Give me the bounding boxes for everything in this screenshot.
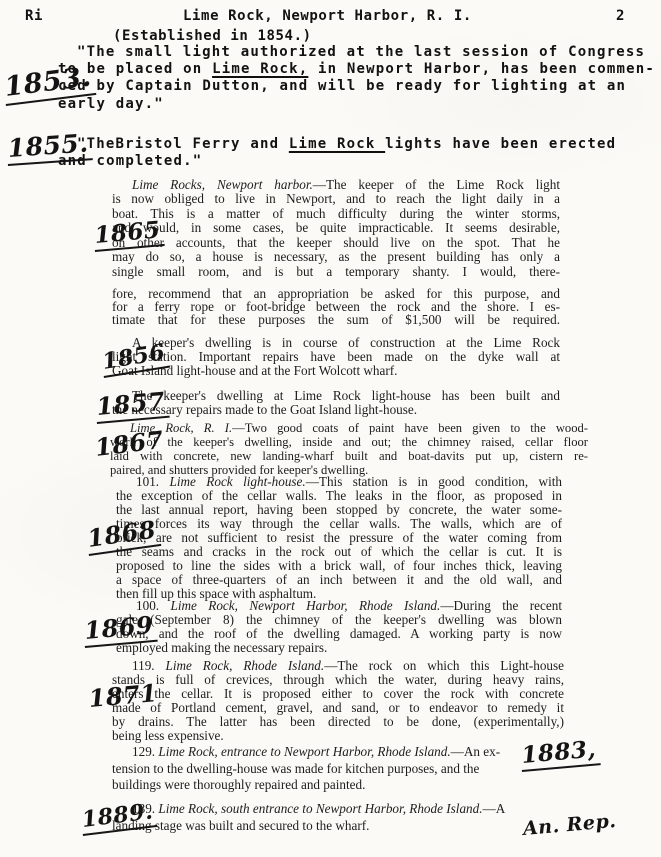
paragraph-last-line: Goat Island light-house and at the Fort … [112,364,560,378]
paragraph-body: Lime Rocks, Newport harbor.—The keeper o… [112,178,560,279]
paragraph-text: fore, recommend that an appropriation be… [112,286,560,327]
paragraph-body: fore, recommend that an appropriation be… [112,287,560,327]
document-page: Ri Lime Rock, Newport Harbor, R. I. 2 (E… [0,0,661,857]
page-number: 2 [616,8,625,25]
paragraph-lead: Lime Rock light-house. [170,474,306,489]
paragraph-last-line: landing stage was built and secured to t… [112,818,572,835]
underlined-lime-rock: Lime Rock, [212,61,308,77]
established-note: (Established in 1854.) [113,28,312,45]
paragraph-1868: 101. Lime Rock light-house.—This station… [116,475,562,601]
item-number: 129. [132,744,158,759]
paragraph-text: —This station is in good condition, with… [116,474,562,587]
paragraph-body: 119. Lime Rock, Rhode Island.—The rock o… [112,659,564,729]
paragraph-body: 100. Lime Rock, Newport Harbor, Rhode Is… [116,599,562,641]
paragraph-body: 139. Lime Rock, south entrance to Newpor… [112,801,572,818]
paragraph-last-line: buildings were thoroughly repaired and p… [112,777,560,794]
paragraph-lead: Lime Rocks, Newport harbor. [132,177,313,192]
paragraph-1883: 129. Lime Rock, entrance to Newport Harb… [112,744,560,794]
header-left-mark: Ri [25,8,43,25]
paragraph-last-line: being less expensive. [112,729,564,743]
paragraph-last-line: the necessary repairs made to the Goat I… [112,403,560,417]
paragraph-lead: Lime Rock, entrance to Newport Harbor, R… [158,744,450,759]
margin-year-1857: 1857 [94,386,169,424]
underlined-lime-rock: Lime Rock [289,136,385,152]
paragraph-1869: 100. Lime Rock, Newport Harbor, Rhode Is… [116,599,562,655]
paragraph-1865-part1: Lime Rocks, Newport harbor.—The keeper o… [112,178,560,279]
paragraph-body: 101. Lime Rock light-house.—This station… [116,475,562,587]
page-title: Lime Rock, Newport Harbor, R. I. [183,8,472,25]
paragraph-last-line: employed making the necessary repairs. [116,641,562,655]
paragraph-1867: Lime Rock, R. I.—Two good coats of paint… [110,422,588,478]
margin-year-1883: 1883, [519,735,600,772]
item-number: 119. [132,658,166,673]
paragraph-body: The keeper's dwelling at Lime Rock light… [112,389,560,403]
paragraph-1889: 139. Lime Rock, south entrance to Newpor… [112,801,572,835]
paragraph-body: A keeper's dwelling is in course of cons… [112,336,560,364]
typed-quote-1853: "The small light authorized at the last … [58,44,658,113]
paragraph-1856: A keeper's dwelling is in course of cons… [112,336,560,378]
margin-year-1871: 1871 [87,678,158,713]
paragraph-lead: Lime Rock, Newport Harbor, Rhode Island. [170,598,440,613]
quote-text: "TheBristol Ferry and [77,136,289,152]
paragraph-1871: 119. Lime Rock, Rhode Island.—The rock o… [112,659,564,744]
paragraph-1857: The keeper's dwelling at Lime Rock light… [112,389,560,417]
paragraph-text: The keeper's dwelling at Lime Rock light… [132,388,560,403]
paragraph-text: —The keeper of the Lime Rock light is no… [112,177,560,279]
margin-year-1869: 1869 [82,610,157,648]
paragraph-body: Lime Rock, R. I.—Two good coats of paint… [110,422,588,464]
margin-year-1865: 1865 [92,216,164,252]
paragraph-body: 129. Lime Rock, entrance to Newport Harb… [112,744,560,777]
paragraph-text: A keeper's dwelling is in course of cons… [112,335,560,364]
paragraph-lead: Lime Rock, south entrance to Newport Har… [158,801,482,816]
margin-year-1855: 1855. [6,128,93,166]
paragraph-text: —A [483,801,506,816]
paragraph-1865-part2: fore, recommend that an appropriation be… [112,287,560,327]
typed-quote-1855: "TheBristol Ferry and Lime Rock lights h… [58,136,658,170]
item-number: 101. [136,474,170,489]
paragraph-lead: Lime Rock, Rhode Island. [166,658,325,673]
